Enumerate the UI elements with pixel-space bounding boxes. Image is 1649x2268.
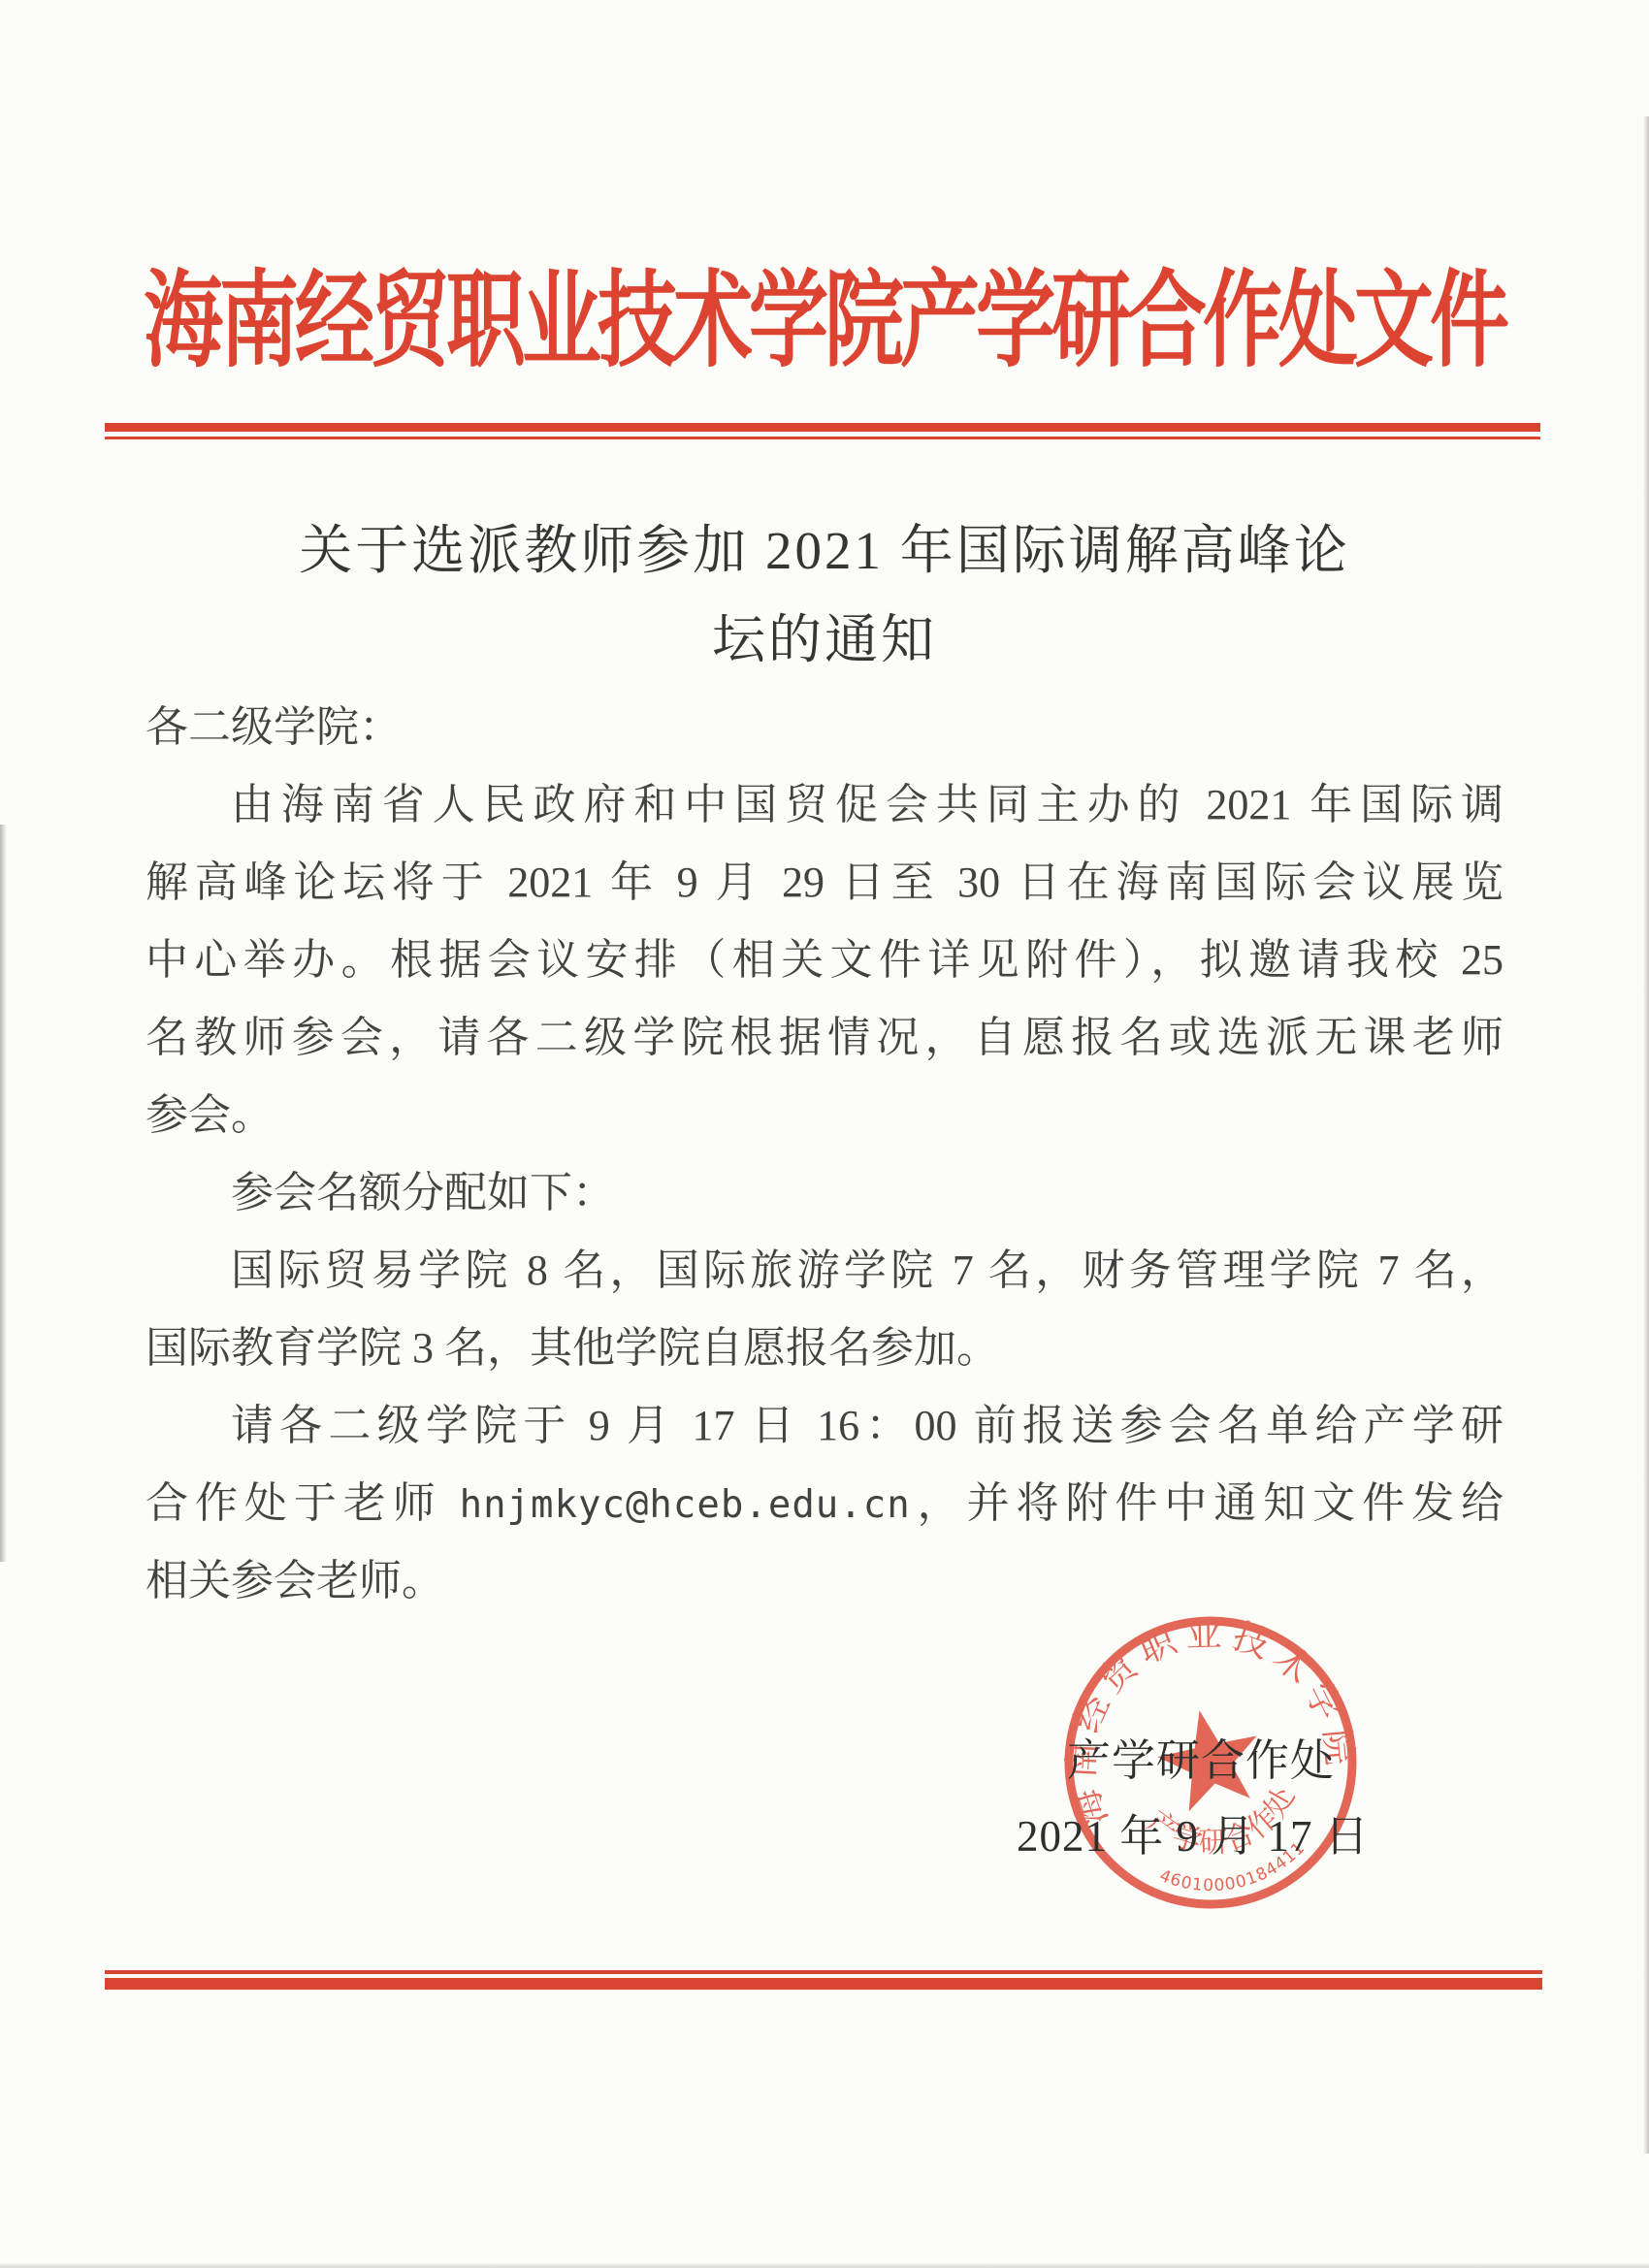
body-line: 国际教育学院 3 名，其他学院自愿报名参加。 bbox=[145, 1310, 1503, 1387]
body-line: 国际贸易学院 8 名，国际旅游学院 7 名，财务管理学院 7 名， bbox=[145, 1232, 1503, 1310]
document-title: 关于选派教师参加 2021 年国际调解高峰论 坛的通知 bbox=[0, 506, 1649, 685]
footer-separator-rule bbox=[105, 1970, 1542, 1990]
scan-edge-shadow-bottom bbox=[0, 2262, 1649, 2268]
body-line: 中心举办。根据会议安排（相关文件详见附件），拟邀请我校 25 bbox=[145, 922, 1503, 999]
document-body: 各二级学院： 由海南省人民政府和中国贸促会共同主办的 2021 年国际调 解高峰… bbox=[145, 689, 1503, 1620]
body-line: 请各二级学院于 9 月 17 日 16：00 前报送参会名单给产学研 bbox=[145, 1387, 1503, 1465]
email-line-suffix: ，并将附件中通知文件发给 bbox=[911, 1479, 1503, 1527]
scan-edge-shadow-left bbox=[0, 825, 7, 1562]
signature-department: 产学研合作处 bbox=[1067, 1725, 1335, 1788]
header-rule-thin-line bbox=[105, 437, 1540, 439]
body-line: 参会名额分配如下： bbox=[145, 1154, 1503, 1232]
email-line-prefix: 合作处于老师 bbox=[145, 1479, 460, 1527]
footer-rule-thick-line bbox=[105, 1978, 1542, 1990]
scan-edge-shadow-right bbox=[1643, 116, 1649, 2154]
red-header-banner-title: 海南经贸职业技术学院产学研合作处文件 bbox=[0, 219, 1649, 424]
body-line: 由海南省人民政府和中国贸促会共同主办的 2021 年国际调 bbox=[145, 766, 1503, 844]
document-title-line2: 坛的通知 bbox=[0, 596, 1649, 685]
body-line: 参会。 bbox=[145, 1077, 1503, 1154]
body-line-with-email: 合作处于老师 hnjmkyc@hceb.edu.cn，并将附件中通知文件发给 bbox=[145, 1465, 1503, 1542]
contact-email: hnjmkyc@hceb.edu.cn bbox=[460, 1483, 911, 1527]
signature-date: 2021 年 9 月 17 日 bbox=[1017, 1800, 1370, 1863]
body-line: 名教师参会，请各二级学院根据情况，自愿报名或选派无课老师 bbox=[145, 999, 1503, 1077]
document-title-line1: 关于选派教师参加 2021 年国际调解高峰论 bbox=[0, 506, 1649, 596]
header-separator-rule bbox=[105, 423, 1540, 439]
header-rule-thick-line bbox=[105, 423, 1540, 432]
salutation-line: 各二级学院： bbox=[145, 689, 1503, 766]
body-line: 解高峰论坛将于 2021 年 9 月 29 日至 30 日在海南国际会议展览 bbox=[145, 844, 1503, 922]
scanned-document-page: { "banner": { "title": "海南经贸职业技术学院产学研合作处… bbox=[0, 0, 1649, 2268]
